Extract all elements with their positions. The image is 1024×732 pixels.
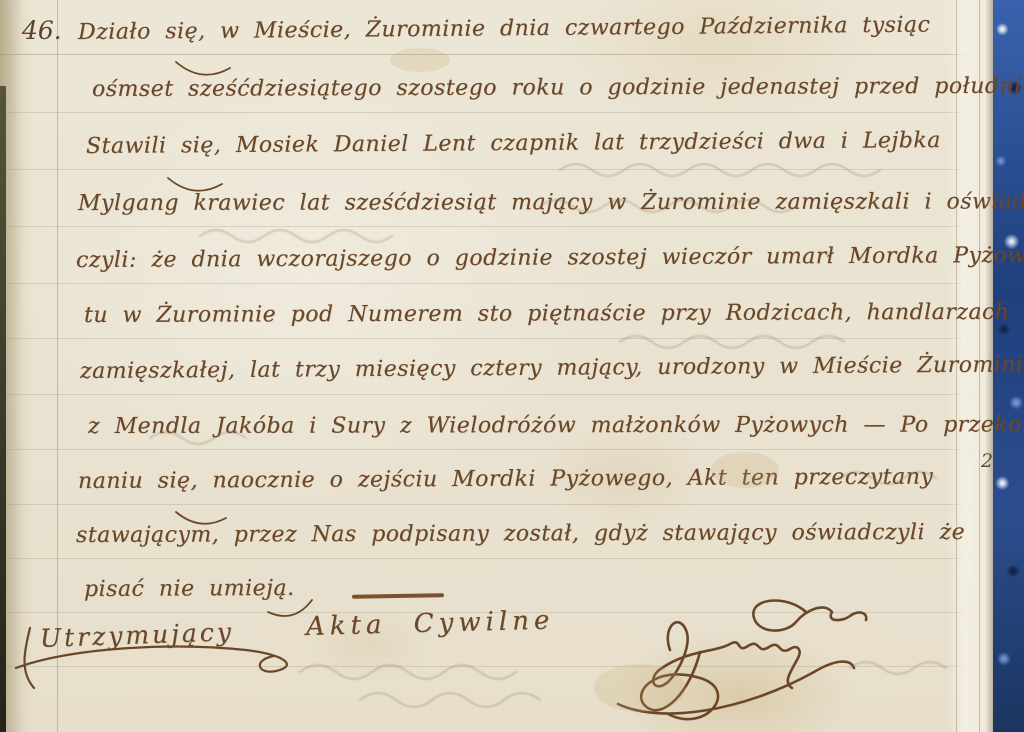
record-line: z Mendla Jakóba i Sury z Wielodróżów mał… (88, 412, 1024, 439)
ruled-line (0, 666, 992, 667)
record-line: tu w Żurominie pod Numerem sto piętnaści… (84, 300, 1010, 328)
margin-rule (57, 0, 58, 732)
ruled-line (0, 504, 992, 505)
margin-note: 2 (981, 450, 993, 472)
signature-flourish (618, 601, 866, 720)
entry-number: 46. (22, 16, 62, 45)
book-cover-sliver (0, 86, 6, 732)
ruled-line (0, 449, 992, 450)
ruled-line (0, 558, 992, 559)
record-line: naniu się, naocznie o zejściu Mordki Pyż… (78, 465, 933, 494)
register-page-scan: 46. 2 Działo się, w Mieście, Żurominie d… (0, 0, 1024, 732)
record-line: Stawili się, Mosiek Daniel Lent czapnik … (86, 128, 941, 159)
ruled-line (0, 394, 992, 395)
ruled-line (0, 226, 992, 227)
signature-keeper-title: Utrzymujący (39, 617, 234, 653)
ruled-line (0, 112, 992, 113)
signature-records-label: Akta Cywilne (306, 606, 555, 642)
record-line: zamięszkałej, lat trzy miesięcy cztery m… (80, 352, 1024, 384)
record-line: czyli: że dnia wczorajszego o godzinie s… (76, 243, 1024, 273)
ruled-line (0, 283, 992, 284)
record-line: pisać nie umieją. (84, 576, 295, 602)
ruled-line (0, 54, 992, 55)
record-line: ośmset sześćdziesiątego szostego roku o … (92, 74, 1024, 102)
ruled-line (0, 169, 992, 170)
record-line: Działo się, w Mieście, Żurominie dnia cz… (78, 13, 931, 45)
ruled-line (0, 338, 992, 339)
closing-dash-stroke (352, 593, 444, 599)
record-line: Mylgang krawiec lat sześćdziesiąt mający… (78, 189, 1024, 216)
record-line: stawającym, przez Nas podpisany został, … (76, 520, 965, 548)
